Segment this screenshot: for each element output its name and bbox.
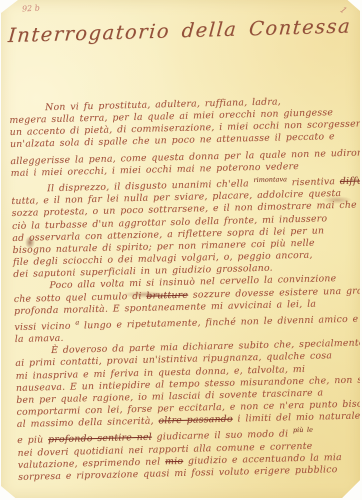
scanned-page: 92 b 1 Interrogatorio della Contessa Mar… <box>0 0 362 500</box>
manuscript-body: Non vi fu prostituta, adultera, ruffiana… <box>9 95 362 484</box>
manuscript-title: Interrogatorio della Contessa Maria <box>7 14 356 47</box>
folio-number: 92 b <box>22 3 40 13</box>
manuscript-paper: 92 b 1 Interrogatorio della Contessa Mar… <box>1 0 360 498</box>
